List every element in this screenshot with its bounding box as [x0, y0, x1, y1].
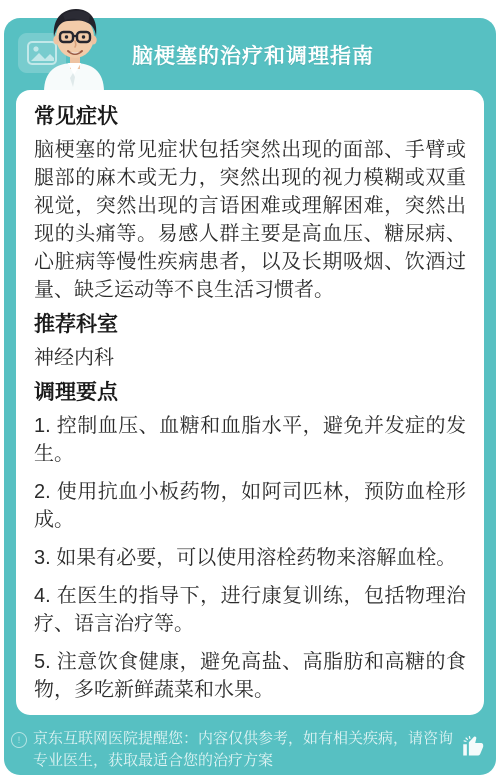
section-heading-care: 调理要点: [34, 380, 466, 406]
page-title: 脑梗塞的治疗和调理指南: [132, 40, 374, 70]
doctor-avatar-illustration: [30, 3, 118, 92]
content-card: 常见症状 脑梗塞的常见症状包括突然出现的面部、手臂或腿部的麻木或无力，突然出现的…: [16, 90, 484, 715]
thumbs-up-icon[interactable]: [461, 733, 488, 765]
teal-panel: 脑梗塞的治疗和调理指南 常见症状 脑梗塞的常见症状包括突然出现的面部、手臂或腿部…: [4, 18, 496, 775]
doctor-avatar: [30, 3, 118, 92]
care-item-3: 3. 如果有必要，可以使用溶栓药物来溶解血栓。: [34, 544, 466, 572]
info-icon: !: [11, 732, 27, 748]
care-item-5: 5. 注意饮食健康，避免高盐、高脂肪和高糖的食物，多吃新鲜蔬菜和水果。: [34, 648, 466, 704]
section-heading-symptoms: 常见症状: [34, 104, 466, 130]
header: 脑梗塞的治疗和调理指南: [4, 18, 496, 90]
care-item-2: 2. 使用抗血小板药物，如阿司匹林，预防血栓形成。: [34, 478, 466, 534]
department-paragraph: 神经内科: [34, 344, 466, 372]
care-item-4: 4. 在医生的指导下，进行康复训练，包括物理治疗、语言治疗等。: [34, 582, 466, 638]
disclaimer-text: 京东互联网医院提醒您：内容仅供参考，如有相关疾病，请咨询专业医生，获取最适合您的…: [33, 728, 455, 772]
section-heading-department: 推荐科室: [34, 312, 466, 338]
symptoms-paragraph: 脑梗塞的常见症状包括突然出现的面部、手臂或腿部的麻木或无力，突然出现的视力模糊或…: [34, 136, 466, 304]
footer: ! 京东互联网医院提醒您：内容仅供参考，如有相关疾病，请咨询专业医生，获取最适合…: [4, 715, 496, 772]
care-item-1: 1. 控制血压、血糖和血脂水平，避免并发症的发生。: [34, 412, 466, 468]
health-guide-poster: 脑梗塞的治疗和调理指南 常见症状 脑梗塞的常见症状包括突然出现的面部、手臂或腿部…: [0, 0, 500, 783]
